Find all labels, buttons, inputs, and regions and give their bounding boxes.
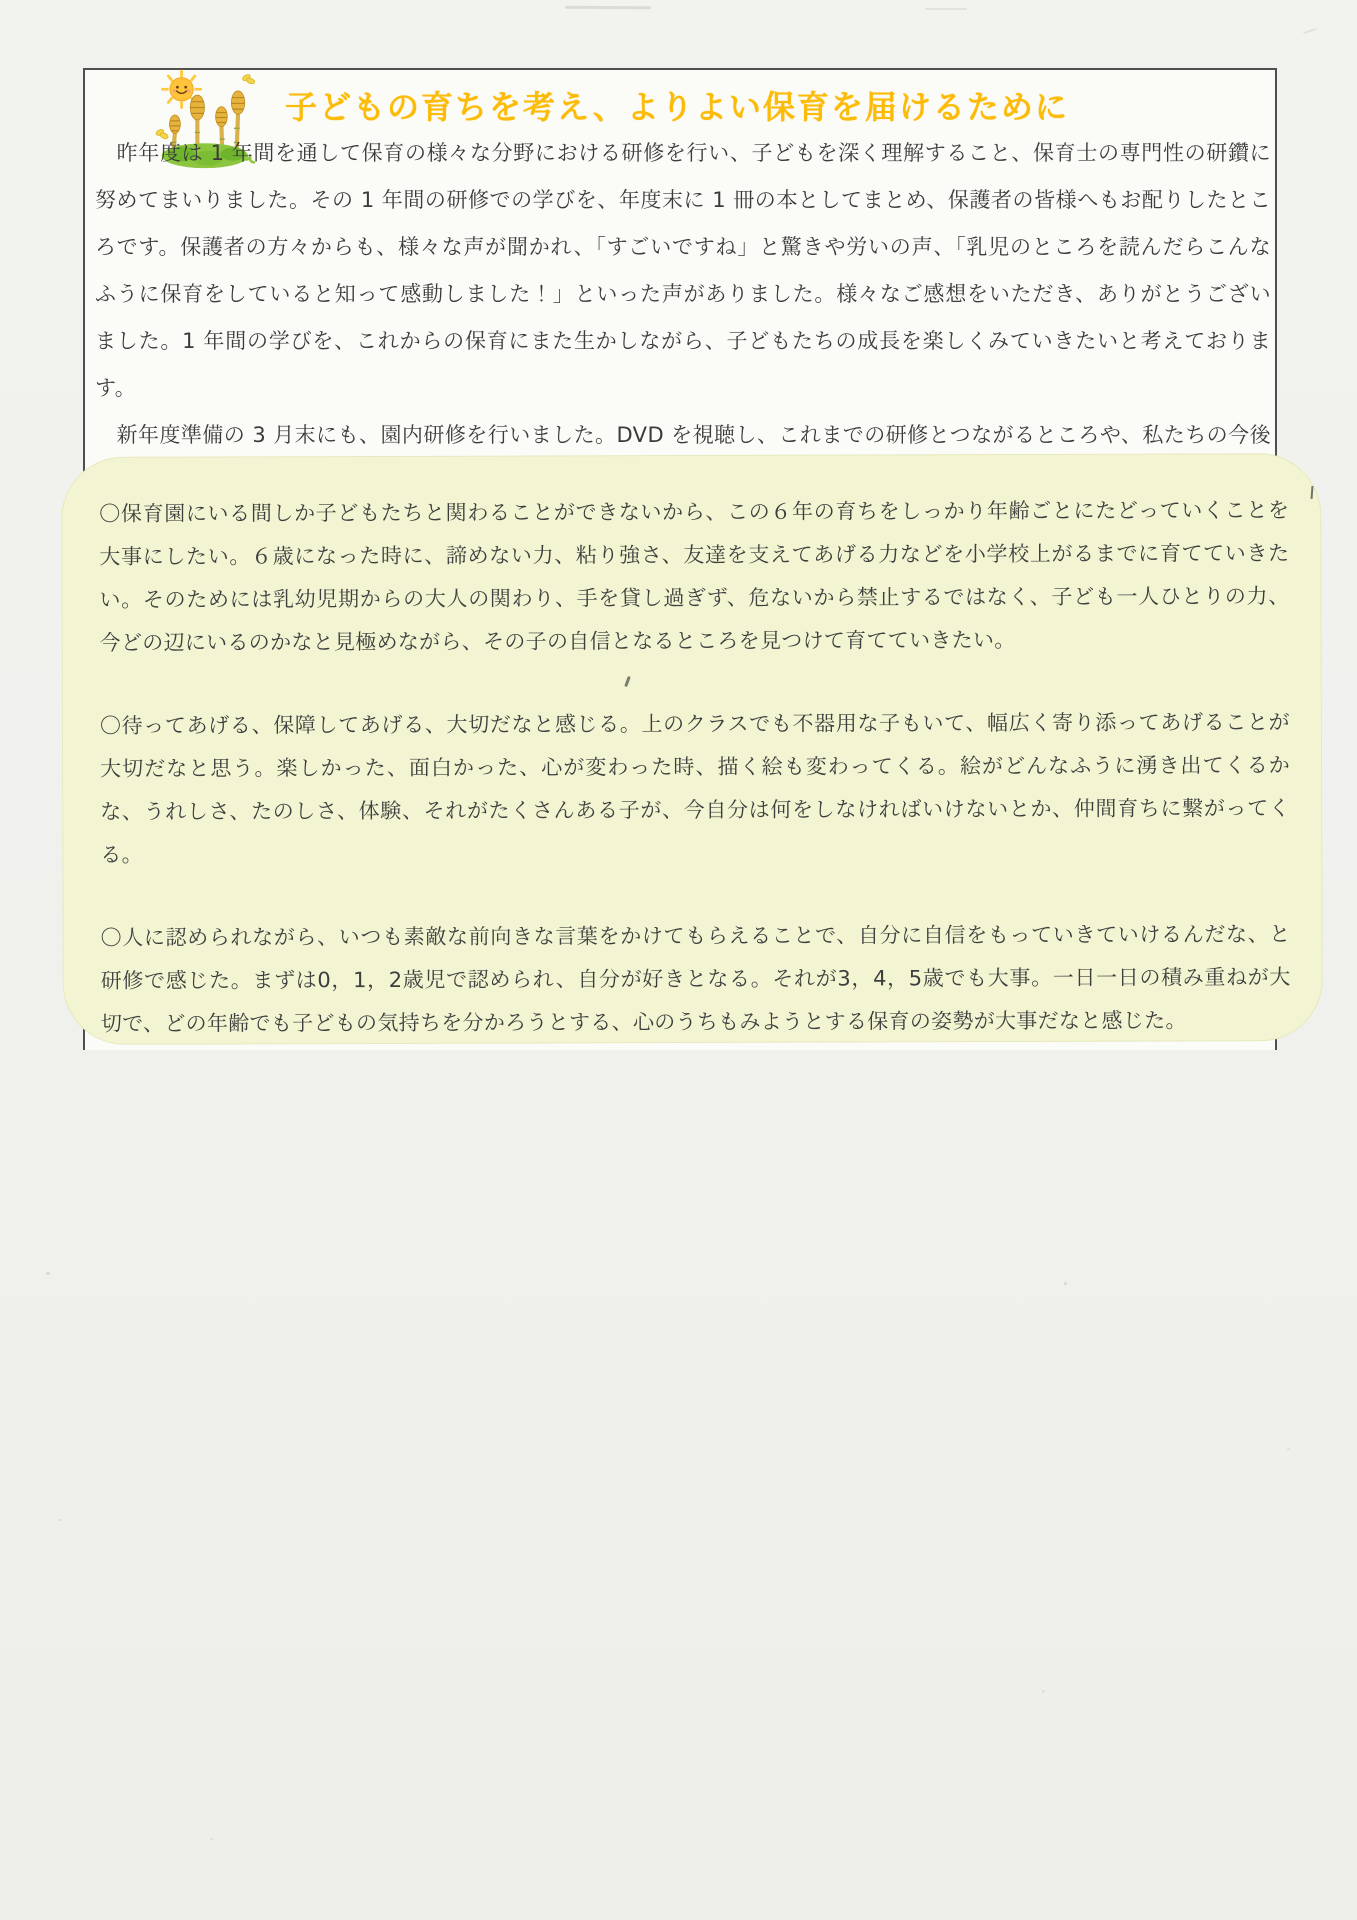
butterfly-icon (242, 73, 256, 84)
staff-comment: 〇人に認められながら、いつも素敵な前向きな言葉をかけてもらえることで、自分に自信… (101, 913, 1291, 1046)
page-title: 子どもの育ちを考え、よりよい保育を届けるために (285, 82, 1115, 128)
scanned-newsletter-page: 子どもの育ちを考え、よりよい保育を届けるために 昨年度は 1 年間を通して保育の… (0, 0, 1357, 1920)
scan-speck (1287, 1448, 1290, 1450)
staff-comment: 〇保育園にいる間しか子どもたちと関わることができないから、この６年の育ちをしっか… (99, 489, 1290, 665)
staff-comment: 〇待ってあげる、保障してあげる、大切だなと感じる。上のクラスでも不器用な子もいて… (100, 701, 1291, 877)
scan-speck (210, 1838, 213, 1840)
scan-smudge (565, 6, 651, 10)
staff-comments-box: 〇保育園にいる間しか子どもたちと関わることができないから、この６年の育ちをしっか… (61, 453, 1323, 1045)
scan-speck (46, 1272, 50, 1275)
scan-smudge (1303, 28, 1317, 34)
scan-speck (58, 1519, 61, 1521)
scan-speck (1064, 1282, 1067, 1285)
scan-smudge (925, 8, 967, 10)
intro-text: 昨年度は 1 年間を通して保育の様々な分野における研修を行い、子どもを深く理解す… (95, 130, 1271, 506)
intro-paragraph-1: 昨年度は 1 年間を通して保育の様々な分野における研修を行い、子どもを深く理解す… (95, 130, 1271, 412)
sun-icon (170, 78, 193, 101)
scan-speck (1042, 1690, 1045, 1693)
